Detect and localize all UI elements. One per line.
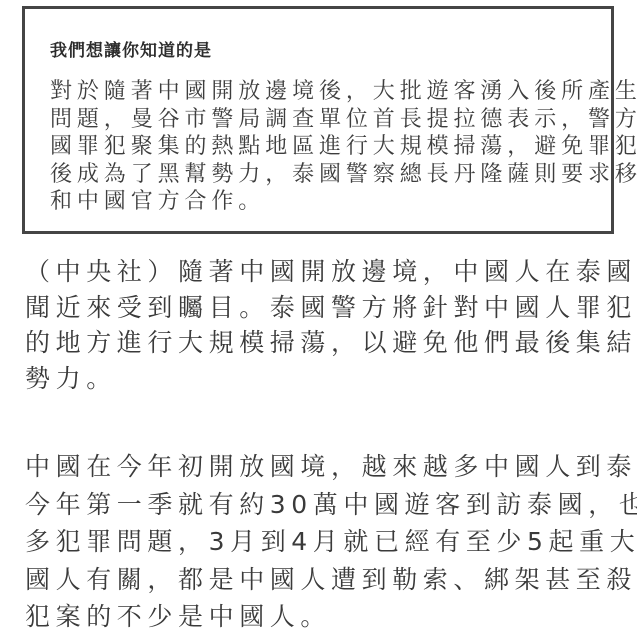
summary-line: 對於隨著中國開放邊境後，大批遊客湧入後所產生的犯罪: [50, 78, 637, 106]
article-paragraph-2: 中國在今年初開放國境，越來越多中國人到泰國觀光， 今年第一季就有約30萬中國遊客…: [25, 448, 637, 636]
summary-line: 和中國官方合作。: [50, 188, 637, 216]
summary-line: 國罪犯聚集的熱點地區進行大規模掃蕩，避免罪犯集結最: [50, 133, 637, 161]
article-line: （中央社）隨著中國開放邊境，中國人在泰國犯罪的新: [25, 254, 637, 290]
article-line: 中國在今年初開放國境，越來越多中國人到泰國觀光，: [25, 448, 637, 486]
article-line: 的地方進行大規模掃蕩，以避免他們最後集結成為黑幫: [25, 325, 637, 361]
summary-line: 問題，曼谷市警局調查單位首長提拉德表示，警方將在中: [50, 106, 637, 134]
summary-title: 我們想讓你知道的是: [50, 39, 212, 63]
article-line: 聞近來受到矚目。泰國警方將針對中國人罪犯容易聚集: [25, 290, 637, 326]
article-line: 犯案的不少是中國人。: [25, 598, 637, 636]
article-paragraph-1: （中央社）隨著中國開放邊境，中國人在泰國犯罪的新 聞近來受到矚目。泰國警方將針對…: [25, 254, 637, 396]
summary-box: 我們想讓你知道的是 對於隨著中國開放邊境後，大批遊客湧入後所產生的犯罪 問題，曼…: [22, 6, 614, 234]
article-line: 多犯罪問題，3月到4月就已經有至少5起重大刑案和中: [25, 523, 637, 561]
article-line: 勢力。: [25, 361, 637, 397]
article-line: 國人有關，都是中國人遭到勒索、綁架甚至殺害，其中: [25, 561, 637, 599]
summary-line: 後成為了黑幫勢力，泰國警察總長丹隆薩則要求移民警察: [50, 161, 637, 189]
summary-body: 對於隨著中國開放邊境後，大批遊客湧入後所產生的犯罪 問題，曼谷市警局調查單位首長…: [50, 78, 637, 216]
article-line: 今年第一季就有約30萬中國遊客到訪泰國，也衍生許: [25, 486, 637, 524]
